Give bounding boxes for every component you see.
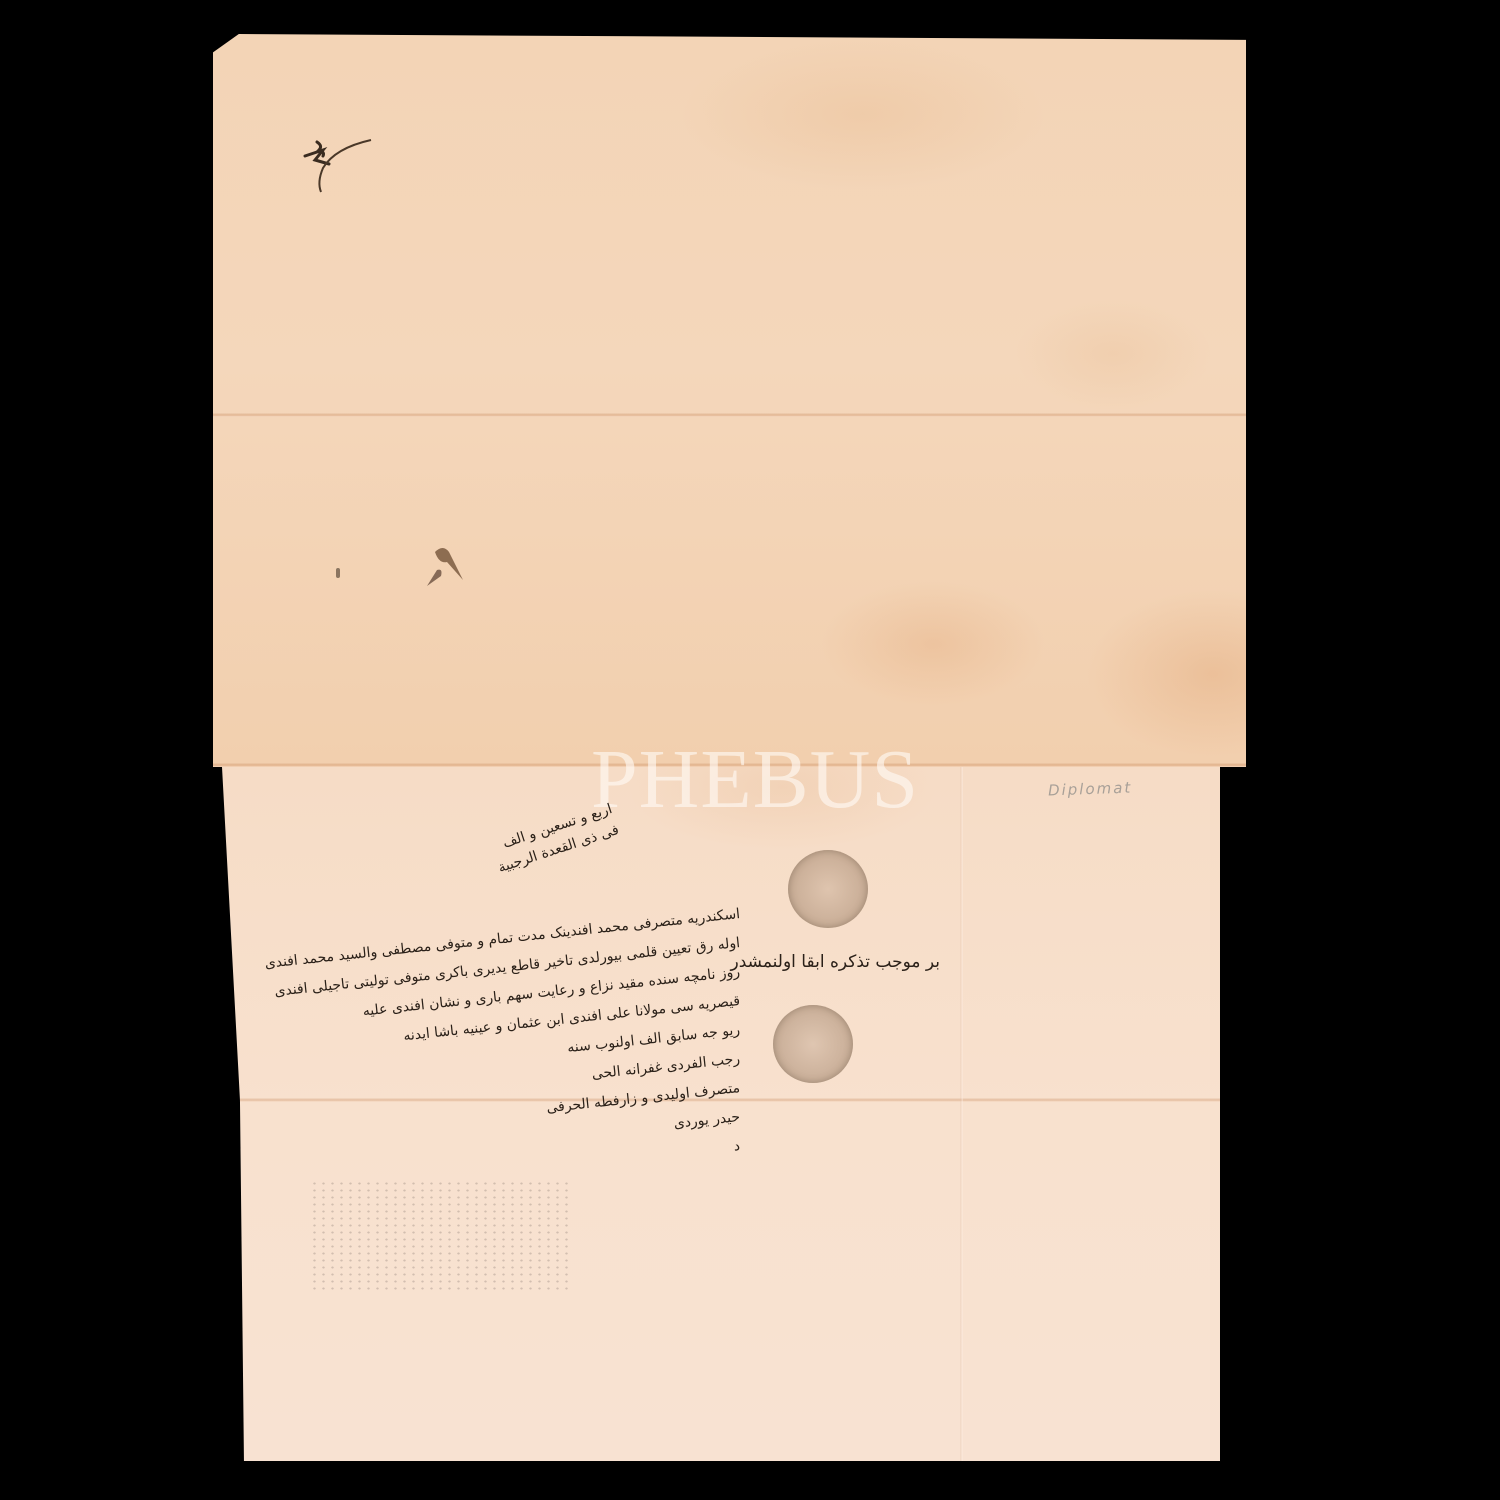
document-body-text: اسکندریه متصرفی محمد افندینک مدت تمام و … (300, 900, 740, 1161)
order-inscription: بر موجب تذکره ابقا اولنمشدر (740, 952, 940, 972)
ink-blot (415, 540, 475, 590)
folio-number-mark: ٤٢ (285, 120, 385, 200)
watermark: PHEBUS (575, 738, 935, 822)
seal-stamp-lower: seal (773, 1005, 853, 1083)
document-photo: ٤٢ PHEBUS Diplomat اربع و تسعین و الف فی… (0, 0, 1500, 1500)
pencil-annotation: Diplomat (1048, 779, 1133, 800)
vertical-crease (960, 767, 963, 1461)
seal-stamp-upper: seal (788, 850, 868, 928)
ink-speck (336, 568, 340, 578)
ink-bleed-through (310, 1180, 570, 1290)
horizontal-fold (213, 413, 1246, 417)
